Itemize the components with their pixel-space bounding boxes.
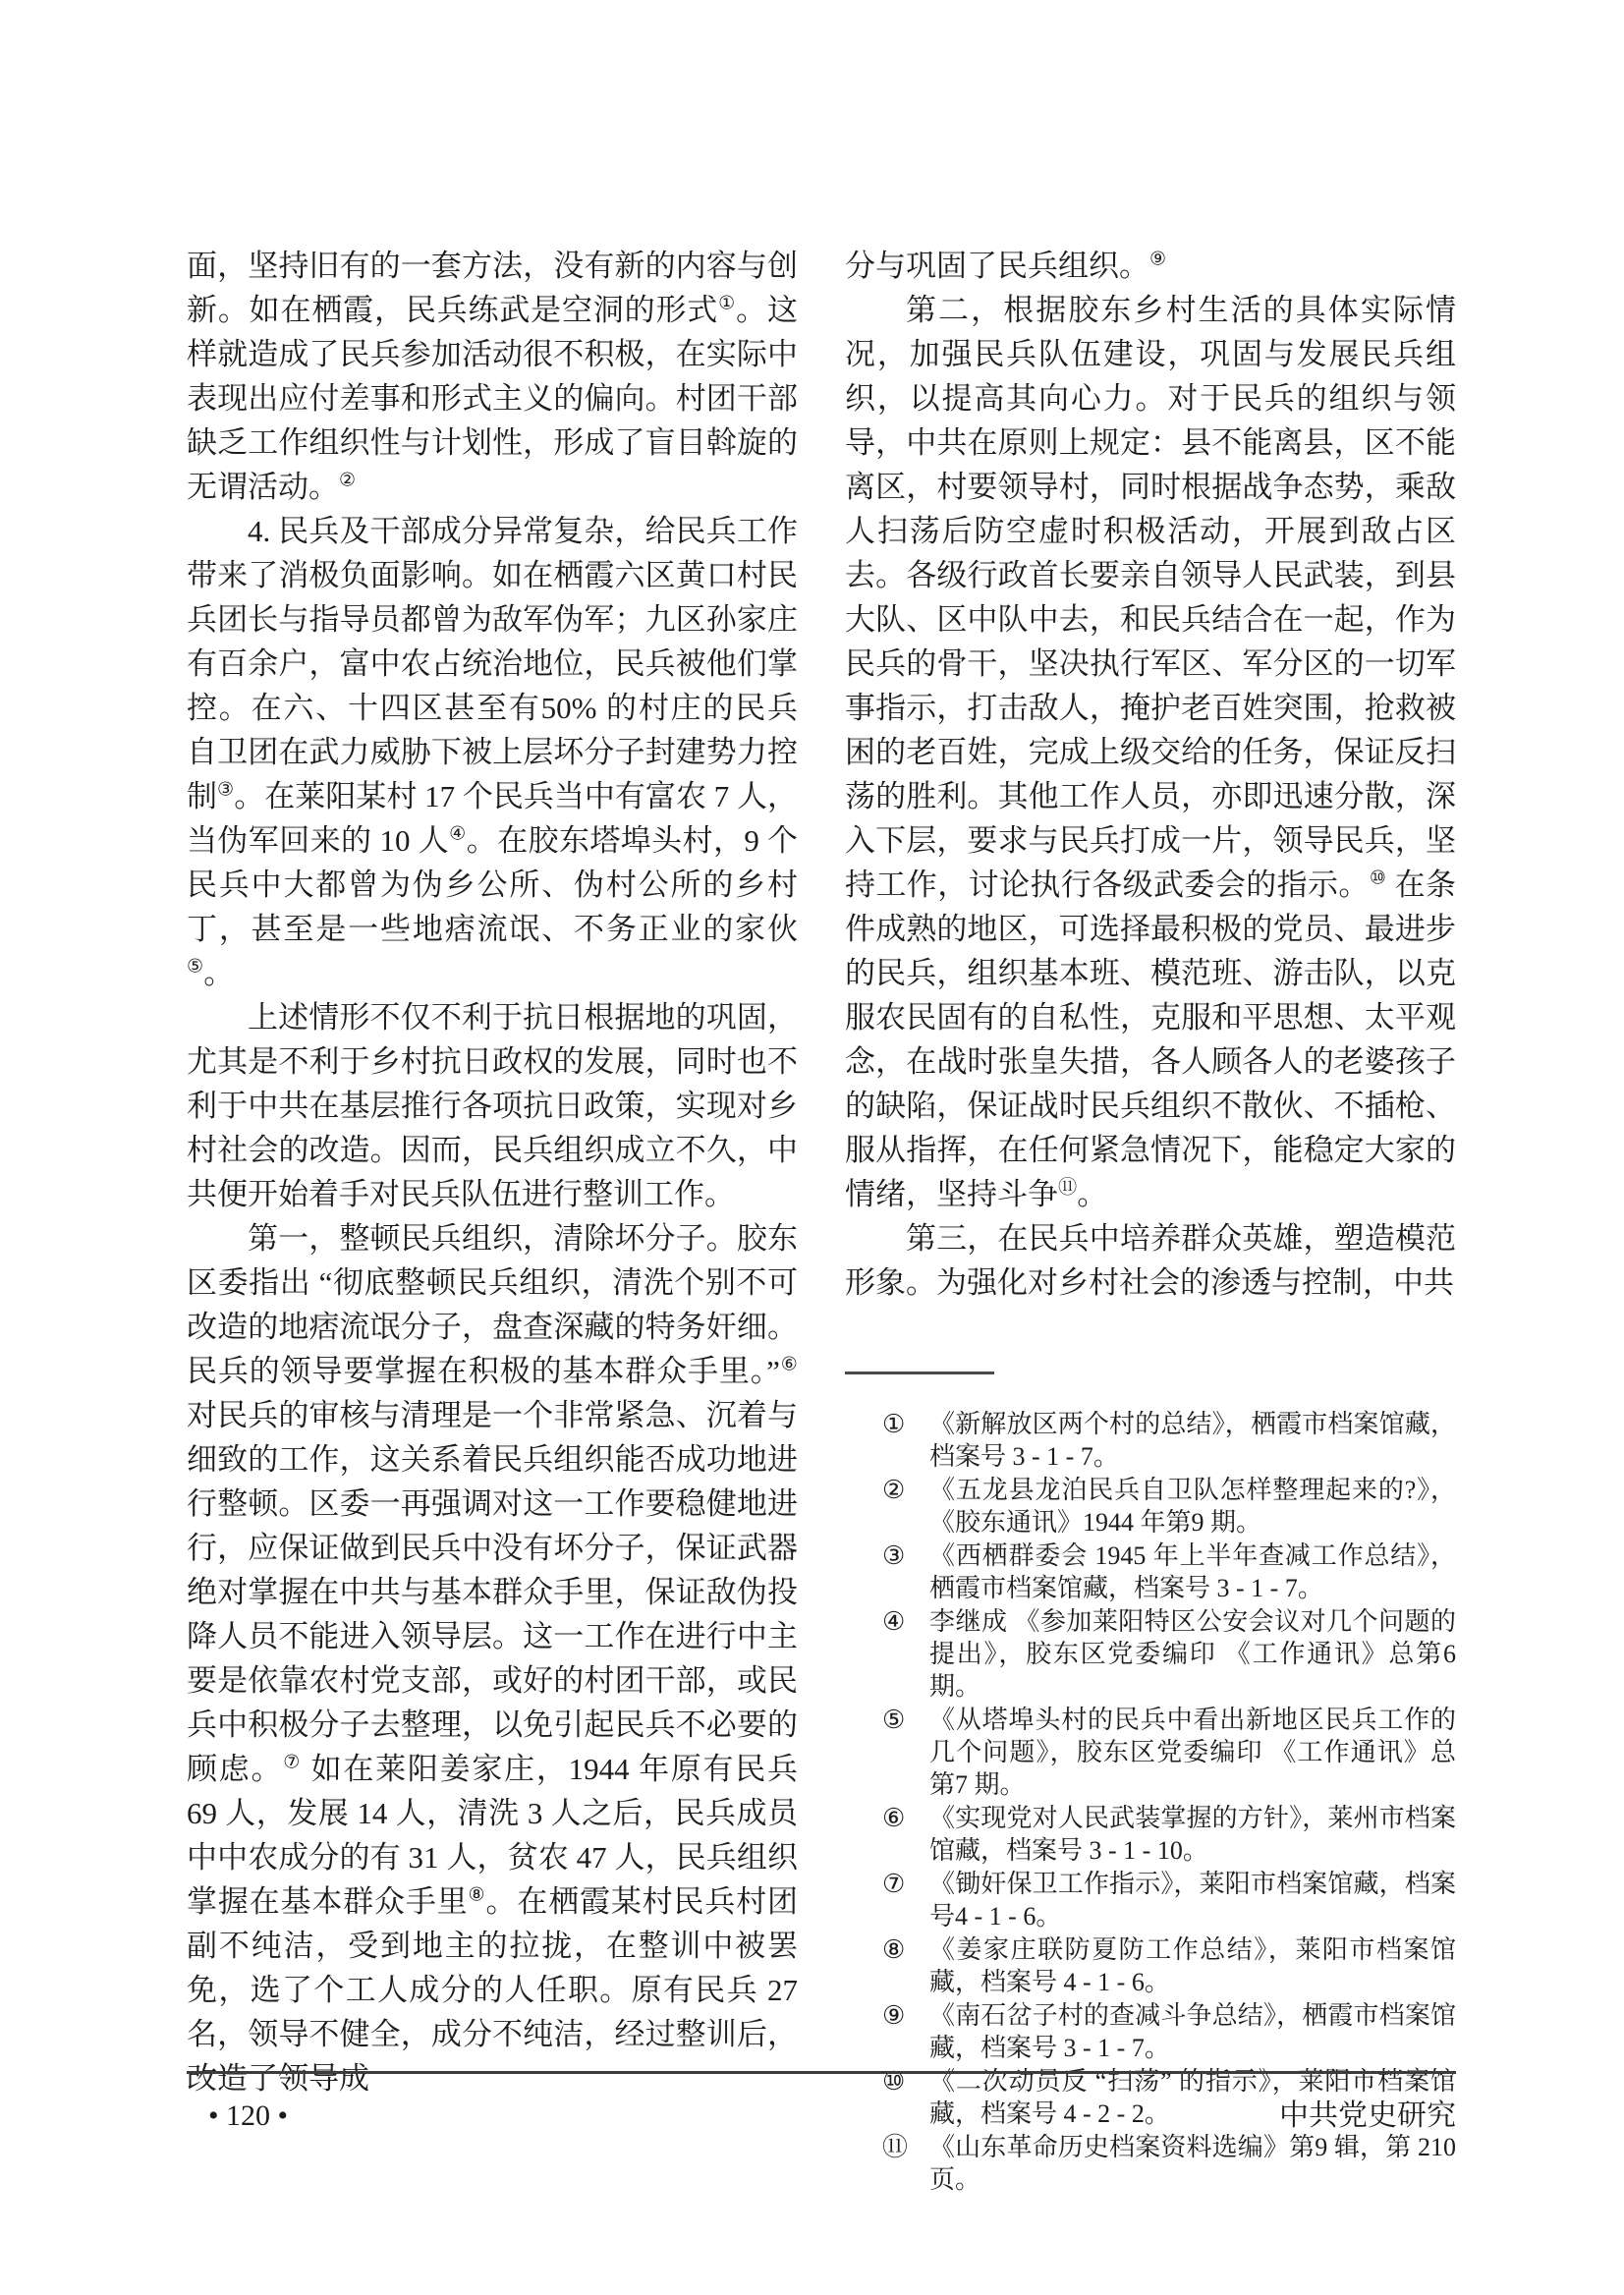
footnote-text: 《姜家庄联防夏防工作总结》，莱阳市档案馆藏，档案号 4 - 1 - 6。 (929, 1933, 1456, 1998)
page-number: • 120 • (208, 2099, 288, 2134)
left-column: 面，坚持旧有的一套方法，没有新的内容与创新。如在栖霞，民兵练武是空洞的形式①。这… (187, 244, 798, 2100)
footnote-item: ⑦ 《锄奸保卫工作指示》，莱阳市档案馆藏，档案号4 - 1 - 6。 (882, 1868, 1456, 1932)
right-column: 分与巩固了民兵组织。⑨ 第二，根据胶东乡村生活的具体实际情况，加强民兵队伍建设，… (845, 244, 1456, 2197)
footnote-item: ⑤ 《从塔埠头村的民兵中看出新地区民兵工作的几个问题》，胶东区党委编印 《工作通… (882, 1704, 1456, 1801)
footnote-marker: ⑨ (882, 1999, 929, 2064)
footnote-text: 《西栖群委会 1945 年上半年查减工作总结》，栖霞市档案馆藏，档案号 3 - … (929, 1539, 1456, 1604)
footnote-item: ② 《五龙县龙泊民兵自卫队怎样整理起来的?》，《胶东通讯》1944 年第9 期。 (882, 1474, 1456, 1539)
footnote-item: ④ 李继成 《参加莱阳特区公安会议对几个问题的提出》，胶东区党委编印 《工作通讯… (882, 1605, 1456, 1703)
footnote-text: 《从塔埠头村的民兵中看出新地区民兵工作的几个问题》，胶东区党委编印 《工作通讯》… (929, 1704, 1456, 1801)
footnote-text: 《山东革命历史档案资料选编》第9 辑，第 210 页。 (929, 2131, 1456, 2196)
footnote-marker: ⑪ (882, 2131, 929, 2196)
body-paragraph: 面，坚持旧有的一套方法，没有新的内容与创新。如在栖霞，民兵练武是空洞的形式①。这… (187, 244, 798, 509)
footer-rule (187, 2071, 1456, 2074)
footnote-text: 李继成 《参加莱阳特区公安会议对几个问题的提出》，胶东区党委编印 《工作通讯》总… (929, 1605, 1456, 1703)
footnote-item: ⑧ 《姜家庄联防夏防工作总结》，莱阳市档案馆藏，档案号 4 - 1 - 6。 (882, 1933, 1456, 1998)
footnote-item: ⑥ 《实现党对人民武装掌握的方针》，莱州市档案馆藏，档案号 3 - 1 - 10… (882, 1802, 1456, 1867)
body-paragraph: 4. 民兵及干部成分异常复杂，给民兵工作带来了消极负面影响。如在栖霞六区黄口村民… (187, 509, 798, 995)
footnote-marker: ① (882, 1408, 929, 1473)
footnote-text: 《锄奸保卫工作指示》，莱阳市档案馆藏，档案号4 - 1 - 6。 (929, 1868, 1456, 1932)
footnote-item: ① 《新解放区两个村的总结》，栖霞市档案馆藏，档案号 3 - 1 - 7。 (882, 1408, 1456, 1473)
footnote-text: 《五龙县龙泊民兵自卫队怎样整理起来的?》，《胶东通讯》1944 年第9 期。 (929, 1474, 1456, 1539)
footnote-separator (845, 1371, 994, 1374)
footnote-marker: ④ (882, 1605, 929, 1703)
footnote-marker: ⑤ (882, 1704, 929, 1801)
footnote-marker: ② (882, 1474, 929, 1539)
footnote-item: ⑨ 《南石岔子村的查减斗争总结》，栖霞市档案馆藏，档案号 3 - 1 - 7。 (882, 1999, 1456, 2064)
footnote-item: ③ 《西栖群委会 1945 年上半年查减工作总结》，栖霞市档案馆藏，档案号 3 … (882, 1539, 1456, 1604)
body-paragraph: 第二，根据胶东乡村生活的具体实际情况，加强民兵队伍建设，巩固与发展民兵组织，以提… (845, 288, 1456, 1216)
footnote-item: ⑪ 《山东革命历史档案资料选编》第9 辑，第 210 页。 (882, 2131, 1456, 2196)
body-paragraph: 第一，整顿民兵组织，清除坏分子。胶东区委指出 “彻底整顿民兵组织，清洗个别不可改… (187, 1216, 798, 2100)
footnote-marker: ⑦ (882, 1868, 929, 1932)
footnote-text: 《实现党对人民武装掌握的方针》，莱州市档案馆藏，档案号 3 - 1 - 10。 (929, 1802, 1456, 1867)
footnote-text: 《南石岔子村的查减斗争总结》，栖霞市档案馆藏，档案号 3 - 1 - 7。 (929, 1999, 1456, 2064)
body-paragraph: 分与巩固了民兵组织。⑨ (845, 244, 1456, 288)
footnote-marker: ⑥ (882, 1802, 929, 1867)
journal-page: 面，坚持旧有的一套方法，没有新的内容与创新。如在栖霞，民兵练武是空洞的形式①。这… (0, 0, 1624, 2295)
journal-name: 中共党史研究 (845, 2099, 1456, 2134)
footnote-list: ① 《新解放区两个村的总结》，栖霞市档案馆藏，档案号 3 - 1 - 7。 ② … (845, 1408, 1456, 2196)
footnote-marker: ③ (882, 1539, 929, 1604)
body-paragraph: 上述情形不仅不利于抗日根据地的巩固，尤其是不利于乡村抗日政权的发展，同时也不利于… (187, 995, 798, 1216)
body-paragraph: 第三，在民兵中培养群众英雄，塑造模范形象。为强化对乡村社会的渗透与控制，中共 (845, 1216, 1456, 1305)
footnote-text: 《新解放区两个村的总结》，栖霞市档案馆藏，档案号 3 - 1 - 7。 (929, 1408, 1456, 1473)
footnote-marker: ⑧ (882, 1933, 929, 1998)
